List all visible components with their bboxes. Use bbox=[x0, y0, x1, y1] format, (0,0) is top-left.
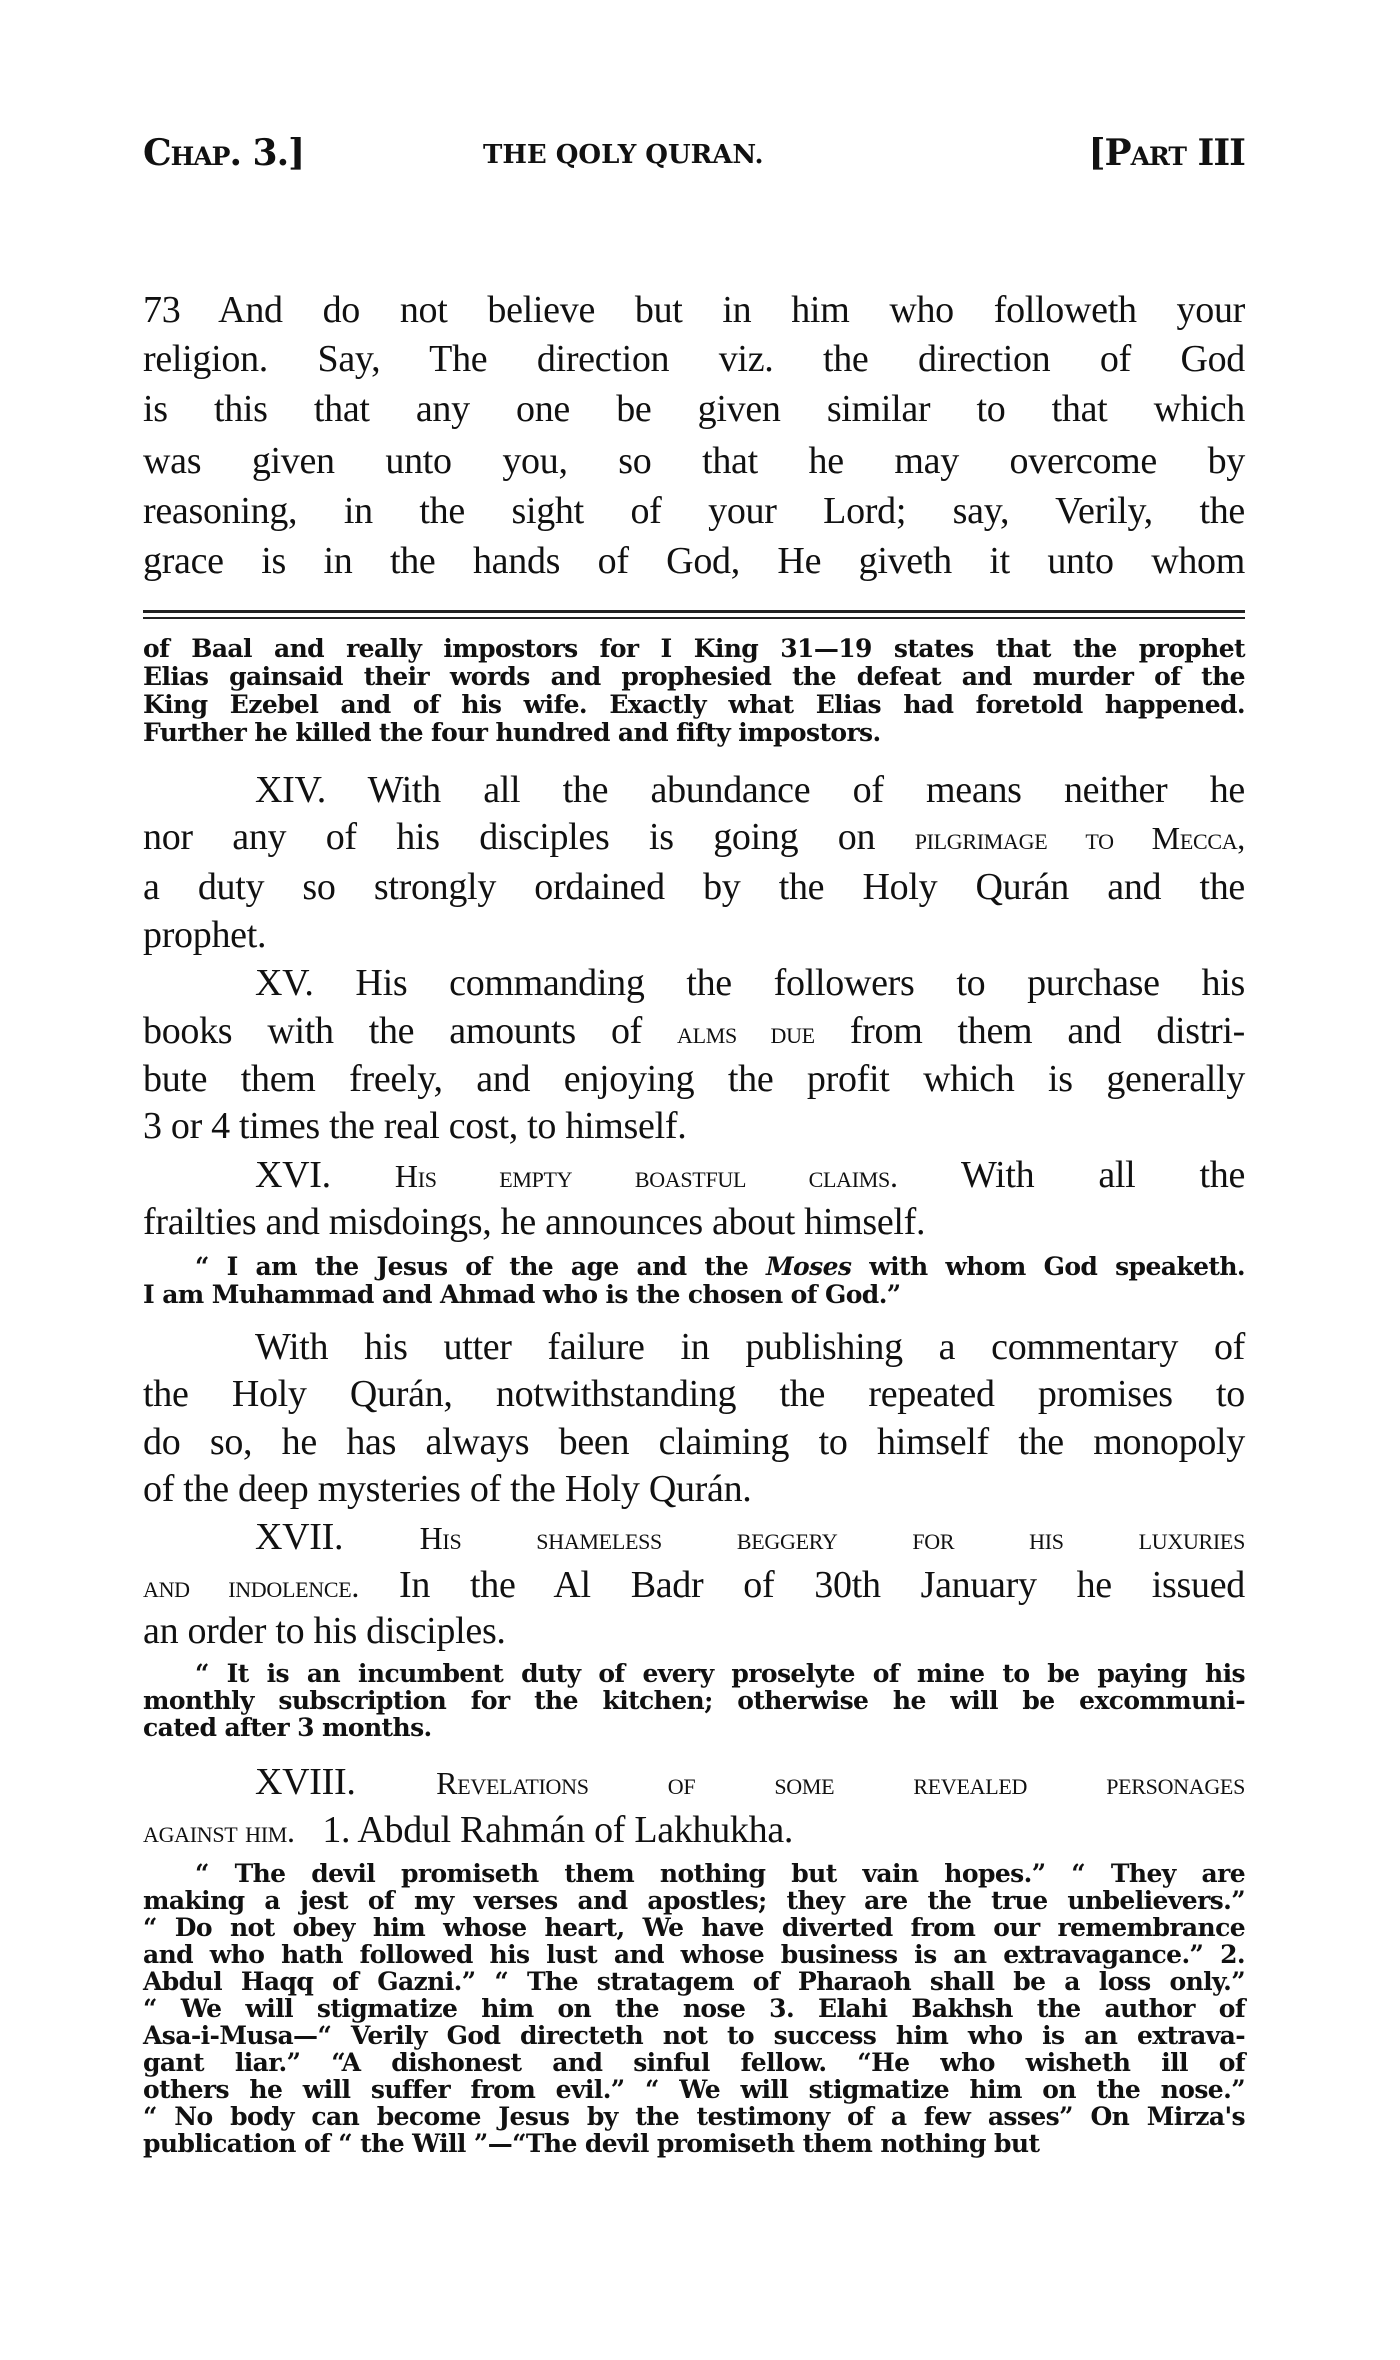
section-numeral: XV. bbox=[255, 962, 314, 1004]
footnote-line: King Ezebel and of his wife. Exactly wha… bbox=[143, 691, 1245, 719]
section-heading: Revelations of some revealed personages bbox=[436, 1765, 1245, 1801]
text-line: frailties and misdoings, he announces ab… bbox=[143, 1200, 1245, 1244]
footnote-line: Further he killed the four hundred and f… bbox=[143, 719, 1245, 747]
text-line: against him. 1. Abdul Rahmán of Lakhukha… bbox=[143, 1808, 1245, 1852]
section-numeral: XVIII. bbox=[255, 1761, 356, 1803]
quote-line: and who hath followed his lust and whose… bbox=[143, 1941, 1245, 1969]
quote-line: I am Muhammad and Ahmad who is the chose… bbox=[143, 1281, 1245, 1309]
quote-line: monthly subscription for the kitchen; ot… bbox=[143, 1687, 1245, 1715]
text-line: an order to his disciples. bbox=[143, 1609, 1245, 1653]
text-line: 73 And do not believe but in him who fol… bbox=[143, 288, 1245, 332]
quote-line: Asa-i-Musa—“ Verily God directeth not to… bbox=[143, 2022, 1245, 2050]
chapter-label: Chap. 3.] bbox=[143, 132, 304, 174]
text-line: books with the amounts of alms due from … bbox=[143, 1009, 1245, 1053]
part-label: [Part III bbox=[1089, 132, 1246, 174]
text-line: 3 or 4 times the real cost, to himself. bbox=[143, 1104, 1245, 1148]
text-line: and indolence. In the Al Badr of 30th Ja… bbox=[143, 1563, 1245, 1607]
text-line: nor any of his disciples is going on pil… bbox=[143, 815, 1245, 859]
section-heading-cont: and indolence. bbox=[143, 1568, 359, 1604]
section-numeral: XVII. bbox=[255, 1516, 343, 1558]
subheading: 1. Abdul Rahmán of Lakhukha. bbox=[322, 1809, 793, 1851]
text-line: prophet. bbox=[143, 913, 1245, 957]
text-line: With his utter failure in publishing a c… bbox=[143, 1325, 1245, 1369]
quote-line: “ The devil promiseth them nothing but v… bbox=[143, 1860, 1245, 1888]
text-line: is this that any one be given similar to… bbox=[143, 387, 1245, 431]
quote-line: “ Do not obey him whose heart, We have d… bbox=[143, 1914, 1245, 1942]
text-line: the Holy Qurán, notwithstanding the repe… bbox=[143, 1372, 1245, 1416]
quote-line: cated after 3 months. bbox=[143, 1714, 1245, 1742]
section-first-line: XV. His commanding the followers to purc… bbox=[143, 961, 1245, 1005]
section-heading-cont: against him. bbox=[143, 1813, 295, 1849]
section-heading: His empty boastful claims. bbox=[395, 1158, 898, 1194]
quote-line: “ It is an incumbent duty of every prose… bbox=[143, 1660, 1245, 1688]
section-first-line: XIV. With all the abundance of means nei… bbox=[143, 768, 1245, 812]
quote-line: making a jest of my verses and apostles;… bbox=[143, 1887, 1245, 1915]
text-line: religion. Say, The direction viz. the di… bbox=[143, 337, 1245, 381]
text-line: was given unto you, so that he may overc… bbox=[143, 439, 1245, 483]
section-first-line: XVII. His shameless beggery for his luxu… bbox=[143, 1515, 1245, 1559]
text-line: bute them freely, and enjoying the profi… bbox=[143, 1057, 1245, 1101]
text-line: of the deep mysteries of the Holy Qurán. bbox=[143, 1467, 1245, 1511]
section-numeral: XVI. bbox=[255, 1154, 331, 1196]
quote-line: others he will suffer from evil.” “ We w… bbox=[143, 2076, 1245, 2104]
footnote-line: Elias gainsaid their words and prophesie… bbox=[143, 663, 1245, 691]
text-line: do so, he has always been claiming to hi… bbox=[143, 1420, 1245, 1464]
smallcaps-phrase: pilgrimage to Mecca, bbox=[915, 820, 1245, 856]
text-line: a duty so strongly ordained by the Holy … bbox=[143, 865, 1245, 909]
quote-line: “ I am the Jesus of the age and the Mose… bbox=[143, 1253, 1245, 1281]
text-line: grace is in the hands of God, He giveth … bbox=[143, 539, 1245, 583]
footnote-line: of Baal and really impostors for I King … bbox=[143, 635, 1245, 663]
quote-line: “ No body can become Jesus by the testim… bbox=[143, 2103, 1245, 2131]
footnote-rule-bottom bbox=[143, 617, 1245, 619]
section-numeral: XIV. bbox=[255, 769, 326, 811]
smallcaps-phrase: alms due bbox=[677, 1014, 815, 1050]
quote-line: “ We will stigmatize him on the nose 3. … bbox=[143, 1995, 1245, 2023]
running-header: Chap. 3.] THE QOLY QURAN. [Part III bbox=[143, 132, 1245, 182]
running-title: THE QOLY QURAN. bbox=[483, 140, 764, 170]
quote-line: publication of “ the Will ”—“The devil p… bbox=[143, 2130, 1245, 2158]
section-first-line: XVI. His empty boastful claims. With all… bbox=[143, 1153, 1245, 1197]
quote-line: Abdul Haqq of Gazni.” “ The stratagem of… bbox=[143, 1968, 1245, 1996]
section-heading: His shameless beggery for his luxuries bbox=[420, 1520, 1245, 1556]
footnote-rule-top bbox=[143, 610, 1245, 613]
text-line: reasoning, in the sight of your Lord; sa… bbox=[143, 489, 1245, 533]
section-first-line: XVIII. Revelations of some revealed pers… bbox=[143, 1760, 1245, 1804]
book-page: Chap. 3.] THE QOLY QURAN. [Part III 73 A… bbox=[0, 0, 1400, 2360]
quote-line: gant liar.” “A dishonest and sinful fell… bbox=[143, 2049, 1245, 2077]
